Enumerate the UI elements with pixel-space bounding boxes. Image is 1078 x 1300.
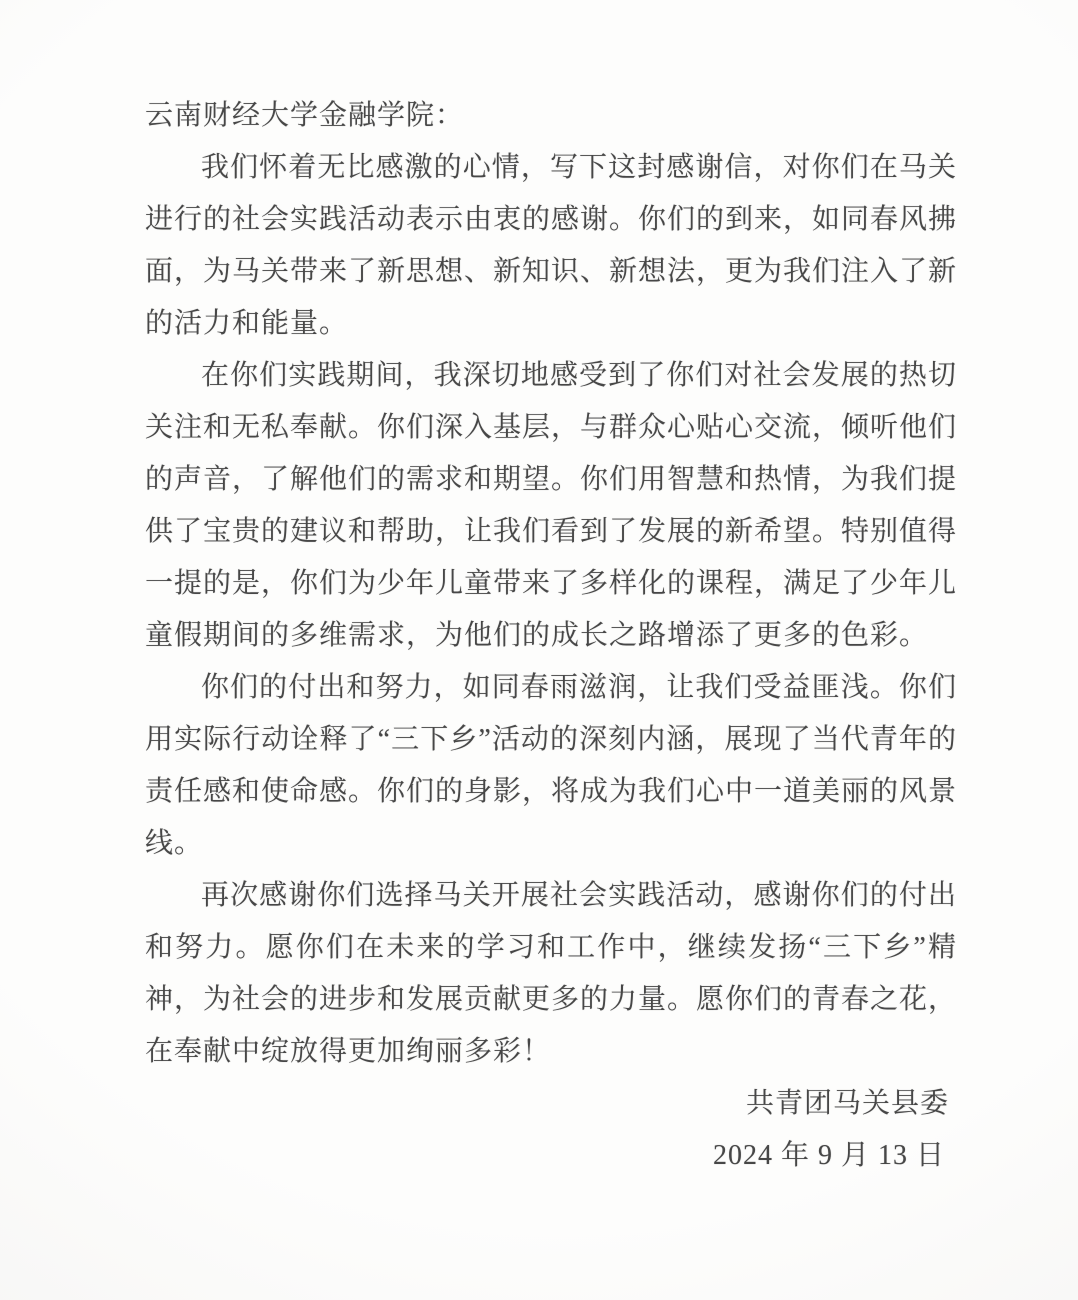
scanned-letter-page: 云南财经大学金融学院： 我们怀着无比感激的心情，写下这封感谢信，对你们在马关进行… xyxy=(0,0,1078,1300)
letter-paragraph-3: 你们的付出和努力，如同春雨滋润，让我们受益匪浅。你们用实际行动诠释了“三下乡”活… xyxy=(145,662,957,870)
letter-signature: 共青团马关县委 xyxy=(145,1078,957,1130)
letter-paragraph-1: 我们怀着无比感激的心情，写下这封感谢信，对你们在马关进行的社会实践活动表示由衷的… xyxy=(145,142,957,350)
letter-date: 2024 年 9 月 13 日 xyxy=(145,1130,957,1182)
letter-paragraph-4: 再次感谢你们选择马关开展社会实践活动，感谢你们的付出和努力。愿你们在未来的学习和… xyxy=(145,870,957,1078)
thank-you-letter-body: 云南财经大学金融学院： 我们怀着无比感激的心情，写下这封感谢信，对你们在马关进行… xyxy=(145,90,957,1182)
letter-salutation: 云南财经大学金融学院： xyxy=(145,90,957,142)
letter-paragraph-2: 在你们实践期间，我深切地感受到了你们对社会发展的热切关注和无私奉献。你们深入基层… xyxy=(145,350,957,662)
